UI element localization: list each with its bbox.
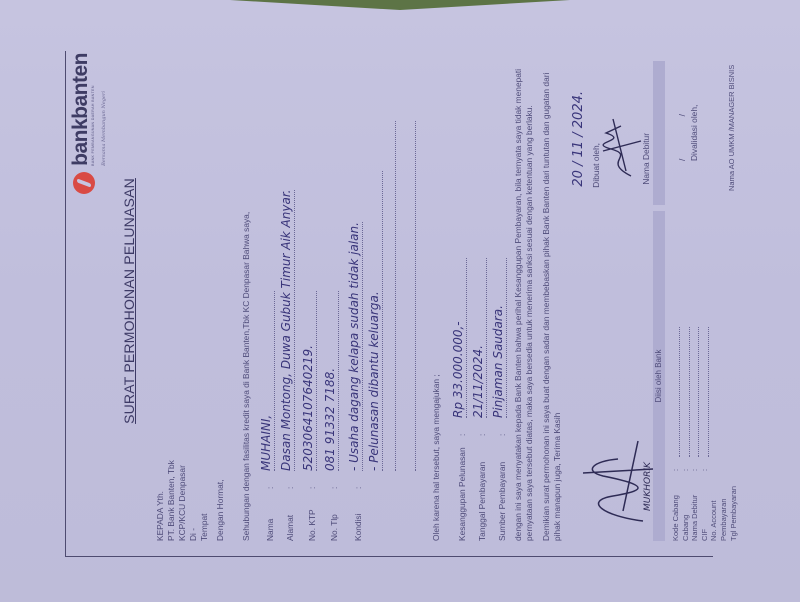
field-value: Rp 33.000.000,- <box>451 258 467 418</box>
field-tlp: No. Tlp : 081 91332 7188. <box>323 291 339 541</box>
field-label: Kondisi <box>353 489 363 541</box>
submission-source: Sumber Pembayaran : Pinjaman Saudara. <box>491 258 507 541</box>
closing-text: Demikian surat permohonan ini saya buat … <box>541 61 563 541</box>
field-label: Sumber Pembayaran <box>497 436 507 541</box>
field-label: Kesanggupan Pelunasan <box>457 436 467 541</box>
bank-section: Diisi oleh Bank Kode Cabang: Cabang: Nam… <box>653 61 743 541</box>
field-kondisi-line4 <box>407 121 416 541</box>
statement-text: dengan ini saya menyatakan kepada Bank B… <box>513 61 535 541</box>
address-line: KCP/KCU Denpasar <box>177 460 188 541</box>
debtor-signature <box>591 111 646 181</box>
bank-field: Nama Debitur: <box>690 327 700 541</box>
intro-text: Sehubungan dengan fasilitas kredit saya … <box>241 212 251 541</box>
bank-field: Pembayaran <box>719 327 729 541</box>
document-page: bankbanten BANK PEMBANGUNAN DAERAH BANTE… <box>43 31 733 571</box>
field-value: MUHAINI, <box>259 291 275 471</box>
greeting: Dengan Hormat, <box>215 480 225 541</box>
field-kondisi: Kondisi : - Usaha dagang kelapa sudah ti… <box>347 222 363 541</box>
signature-date: 20 / 11 / 2024. <box>571 91 586 187</box>
field-label: Alamat <box>285 489 295 541</box>
bank-field: Tgl Pembayaran <box>729 327 739 541</box>
validation-block: / / Divalidasi oleh, <box>677 94 699 161</box>
field-value: Pinjaman Saudara. <box>491 258 507 418</box>
field-value: 5203064107640219. <box>301 291 317 471</box>
field-value: - Usaha dagang kelapa sudah tidak jalan. <box>347 222 363 471</box>
recipient-address: KEPADA Yth. PT. Bank Banten, Tbk KCP/KCU… <box>155 460 210 541</box>
bank-section-band <box>653 61 665 205</box>
bank-fields: Kode Cabang: Cabang: Nama Debitur: CIF: … <box>671 327 738 541</box>
submission-intro: Oleh karena hal tersebut, saya mengajuka… <box>431 61 442 541</box>
witness-name: MUKHORIK <box>643 462 653 511</box>
bank-section-header: Diisi oleh Bank <box>653 211 665 541</box>
address-line: Di - <box>188 460 199 541</box>
bank-logo-icon <box>73 172 95 194</box>
field-value: Dasan Montong, Duwa Gubuk Timur Aik Anya… <box>279 190 295 471</box>
field-label: Tanggal Pembayaran <box>477 436 487 541</box>
field-nama: Nama : MUHAINI, <box>259 291 275 541</box>
field-ktp: No. KTP : 5203064107640219. <box>301 291 317 541</box>
debtor-name-label: Nama Debitur <box>641 133 651 185</box>
field-label: No. Tlp <box>329 489 339 541</box>
manager-label: Nama AO UMKM /MANAGER BISNIS <box>727 65 736 191</box>
bank-field: CIF: <box>700 327 710 541</box>
validated-by-label: Divalidasi oleh, <box>689 94 699 161</box>
field-label: Nama <box>265 489 275 541</box>
field-alamat: Alamat : Dasan Montong, Duwa Gubuk Timur… <box>279 190 295 541</box>
bank-subtitle: BANK PEMBANGUNAN DAERAH BANTEN <box>91 53 95 166</box>
field-kondisi-line3 <box>387 121 396 541</box>
bank-name: bankbanten <box>71 53 91 166</box>
bank-field: Kode Cabang: <box>671 327 681 541</box>
field-label: No. KTP <box>307 489 317 541</box>
bank-logo: bankbanten BANK PEMBANGUNAN DAERAH BANTE… <box>71 53 107 194</box>
bank-field: Cabang: <box>681 327 691 541</box>
bank-field: No. Account <box>709 327 719 541</box>
submission-amount: Kesanggupan Pelunasan : Rp 33.000.000,- <box>451 258 467 541</box>
field-kondisi-line2: - Pelunasan dibantu keluarga. <box>367 171 383 541</box>
address-line: Tempat <box>199 460 210 541</box>
address-line: KEPADA Yth. <box>155 460 166 541</box>
submission-date: Tanggal Pembayaran : 21/11/2024. <box>471 258 487 541</box>
bank-tagline: Bersama Membangun Negeri <box>101 53 107 166</box>
document-title: SURAT PERMOHONAN PELUNASAN <box>121 31 137 571</box>
field-value: 081 91332 7188. <box>323 291 339 471</box>
field-value: 21/11/2024. <box>471 258 487 418</box>
field-value: - Pelunasan dibantu keluarga. <box>367 171 383 471</box>
address-line: PT. Bank Banten, Tbk <box>166 460 177 541</box>
grass-background <box>230 0 570 10</box>
validation-date-slashes: / / <box>677 94 687 161</box>
